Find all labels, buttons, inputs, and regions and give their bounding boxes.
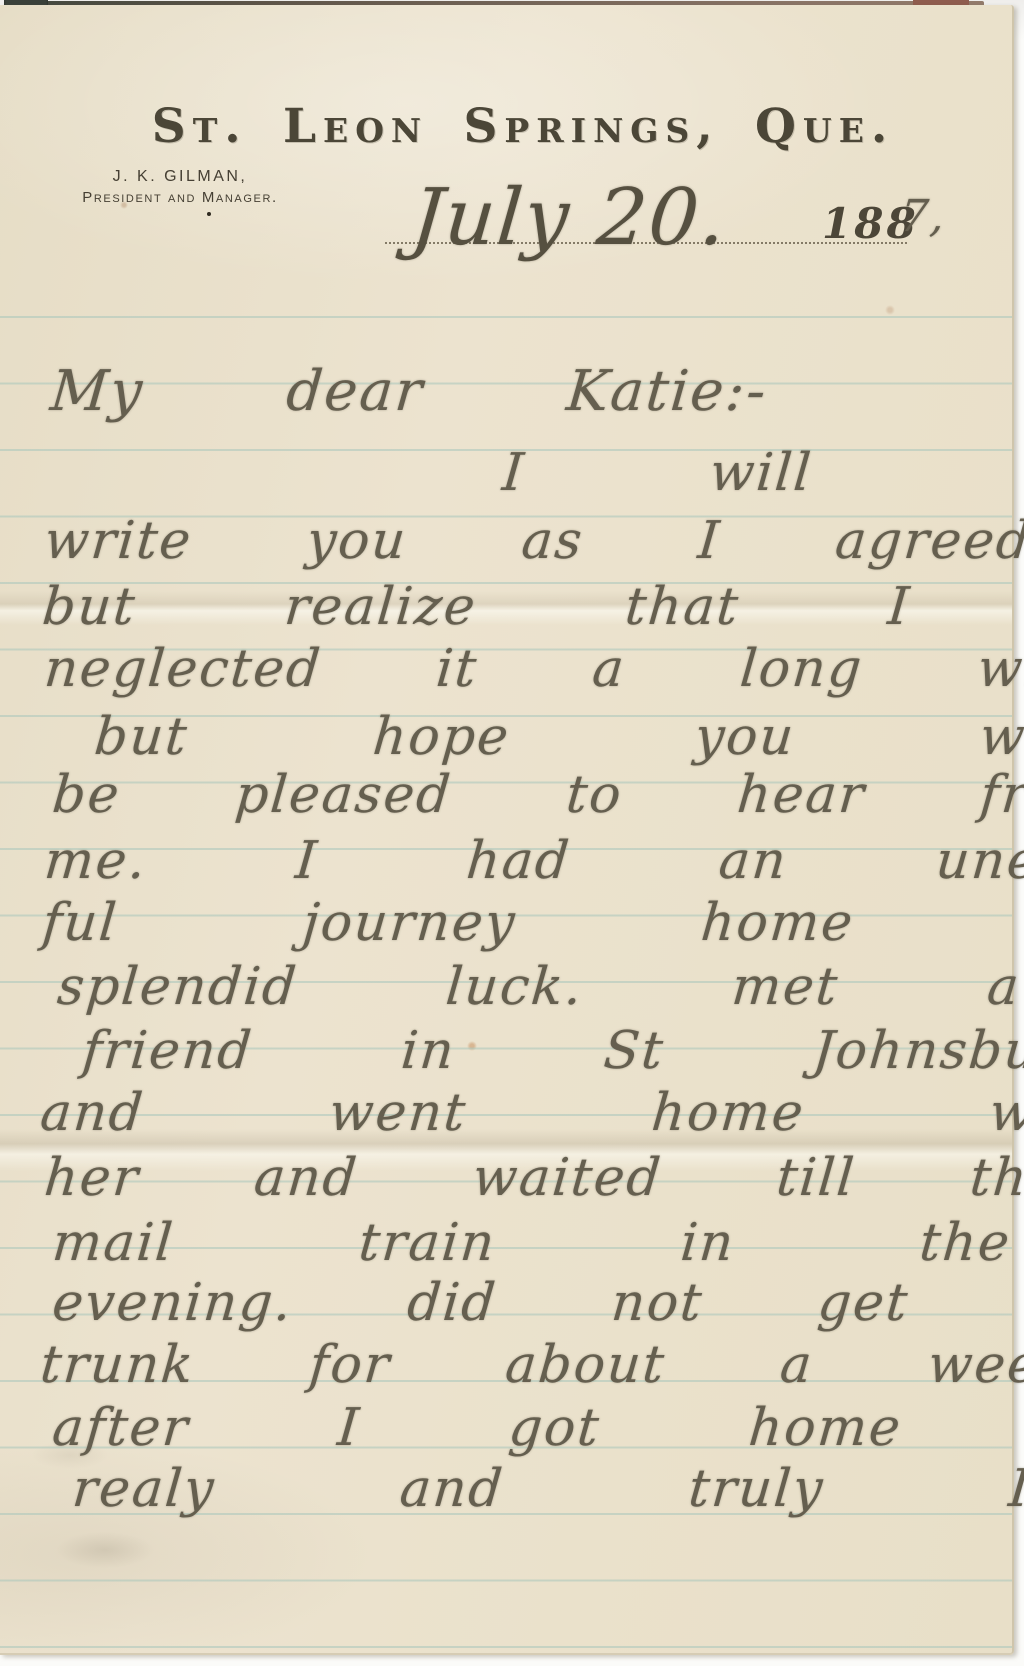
handwriting-line: I will <box>500 445 815 502</box>
handwriting-line: after I got home but <box>50 1400 1024 1457</box>
scanned-letter: St. Leon Springs, Que. J. K. GILMAN, Pre… <box>0 0 1024 1666</box>
handwriting-line: but hope you will <box>92 709 1024 766</box>
handwriting-line: but realize that I have <box>40 579 1024 636</box>
officer-title: President and Manager. <box>70 189 290 206</box>
letterhead-dot <box>207 212 211 216</box>
handwriting-line: be pleased to hear from <box>50 767 1024 824</box>
date-handwritten: July 20. <box>408 173 731 263</box>
handwriting-line: trunk for about a week <box>38 1337 1024 1394</box>
handwriting-line: neglected it a long while, <box>42 641 1024 698</box>
letter-page: St. Leon Springs, Que. J. K. GILMAN, Pre… <box>0 5 1014 1655</box>
handwriting-line: and went home with <box>38 1085 1024 1142</box>
letterhead-officer-block: J. K. GILMAN, President and Manager. <box>70 168 290 216</box>
handwriting-line: realy and truly I <box>70 1461 1024 1518</box>
handwriting-line: her and waited till the <box>42 1150 1024 1207</box>
date-year-handwritten: 7, <box>898 191 948 242</box>
salutation-line: My dear Katie:- <box>48 361 770 423</box>
handwriting-line: friend in St Johnsbury <box>80 1023 1024 1080</box>
handwriting-line: mail train in the <box>50 1215 1014 1272</box>
officer-name: J. K. GILMAN, <box>70 168 290 186</box>
handwriting-line: me. I had an unevent- <box>42 833 1024 890</box>
handwriting-line: ful journey home but <box>40 895 1024 952</box>
handwriting-line: splendid luck. met a <box>55 959 1023 1016</box>
handwriting-line: evening. did not get my <box>50 1275 1024 1332</box>
handwriting-line: write you as I agreed <box>42 513 1024 570</box>
letterhead-title: St. Leon Springs, Que. <box>0 99 1012 154</box>
